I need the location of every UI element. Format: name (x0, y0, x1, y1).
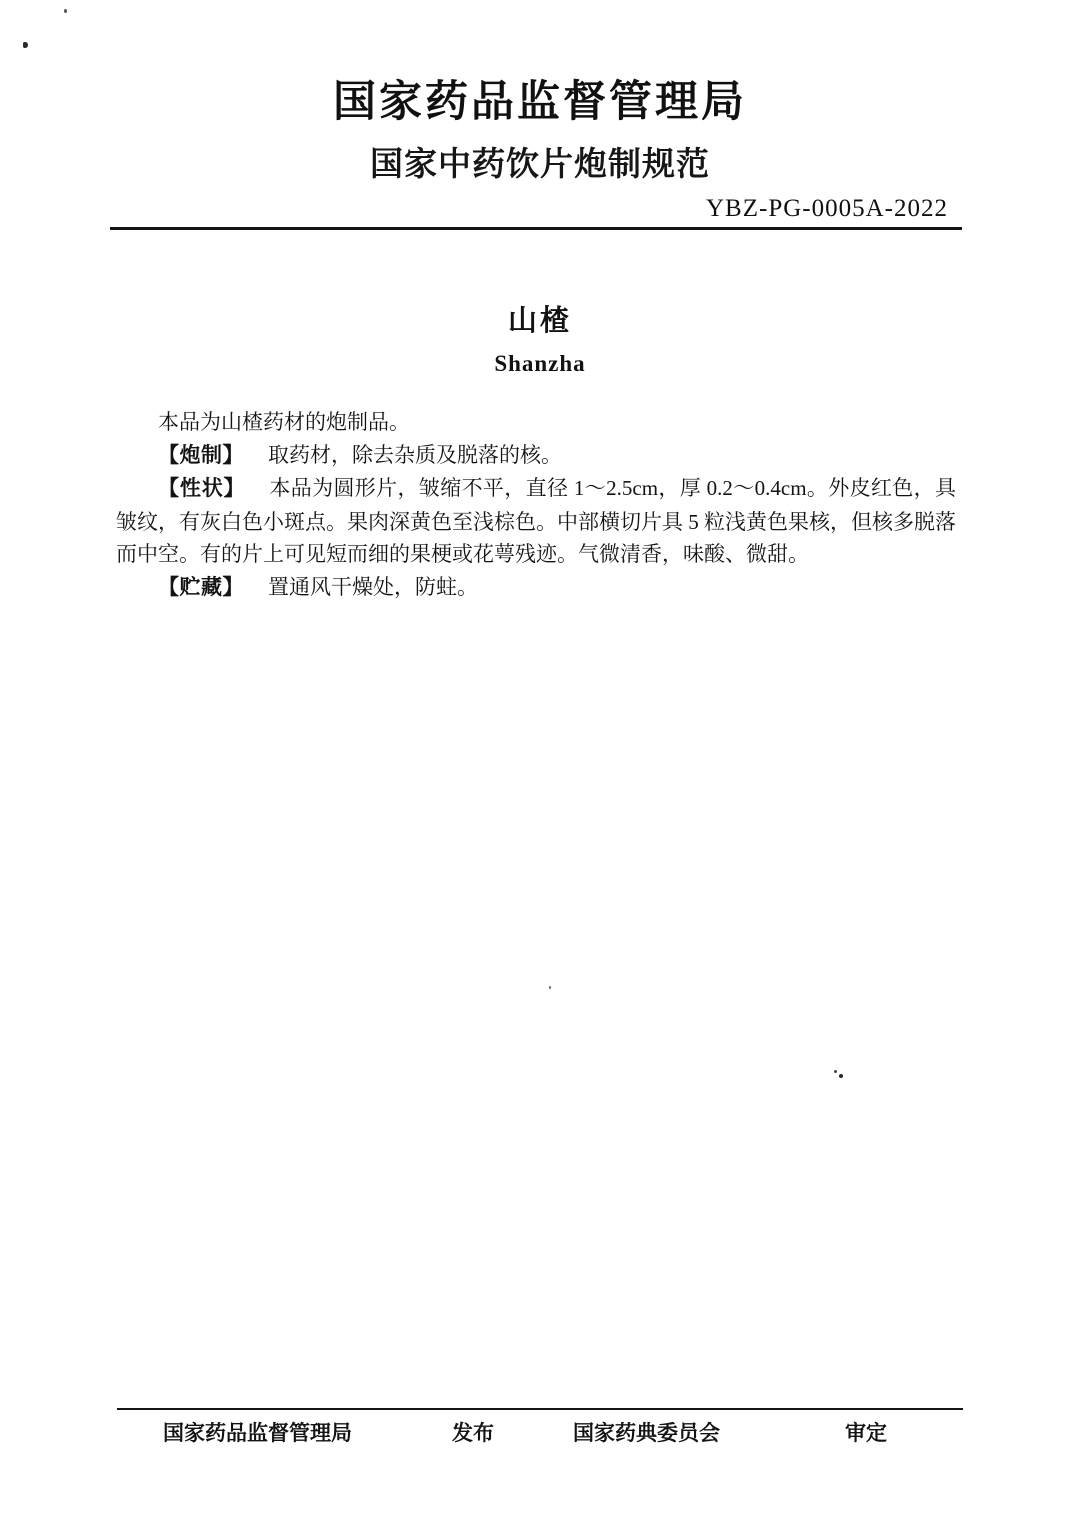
section-paozhi: 【炮制】取药材，除去杂质及脱落的核。 (116, 439, 956, 473)
intro-text: 本品为山楂药材的炮制品。 (158, 410, 410, 434)
standard-subtitle: 国家中药饮片炮制规范 (0, 138, 1080, 185)
monograph-body: 本品为山楂药材的炮制品。 【炮制】取药材，除去杂质及脱落的核。 【性状】本品为圆… (116, 406, 956, 605)
footer-committee-role: 审定 (845, 1417, 887, 1447)
intro-paragraph: 本品为山楂药材的炮制品。 (116, 406, 956, 439)
document-page: 国家药品监督管理局 国家中药饮片炮制规范 YBZ-PG-0005A-2022 山… (0, 0, 1080, 1527)
monograph-title-pinyin: Shanzha (0, 351, 1080, 377)
scan-artifact-dot (549, 986, 551, 989)
organization-title: 国家药品监督管理局 (0, 68, 1080, 129)
scan-artifact-dot (834, 1070, 837, 1073)
section-label-paozhi: 【炮制】 (158, 444, 244, 467)
monograph-title-chinese: 山楂 (0, 298, 1080, 339)
footer-issuer-role: 发布 (452, 1417, 494, 1447)
section-xingzhuang: 【性状】本品为圆形片，皱缩不平，直径 1～2.5cm，厚 0.2～0.4cm。外… (116, 472, 956, 571)
header-rule (110, 227, 962, 230)
scan-artifact-dot (64, 9, 67, 13)
section-text-zhucang: 置通风干燥处，防蛀。 (268, 575, 478, 599)
document-number: YBZ-PG-0005A-2022 (706, 195, 948, 223)
footer-issuer: 国家药品监督管理局 (163, 1417, 352, 1447)
footer-rule (117, 1408, 963, 1410)
section-zhucang: 【贮藏】置通风干燥处，防蛀。 (116, 571, 956, 605)
section-label-zhucang: 【贮藏】 (158, 576, 244, 599)
section-label-xingzhuang: 【性状】 (158, 477, 245, 500)
footer-committee: 国家药典委员会 (573, 1417, 720, 1447)
scan-artifact-dot (839, 1074, 843, 1078)
section-text-paozhi: 取药材，除去杂质及脱落的核。 (268, 443, 562, 467)
scan-artifact-dot (23, 42, 28, 48)
